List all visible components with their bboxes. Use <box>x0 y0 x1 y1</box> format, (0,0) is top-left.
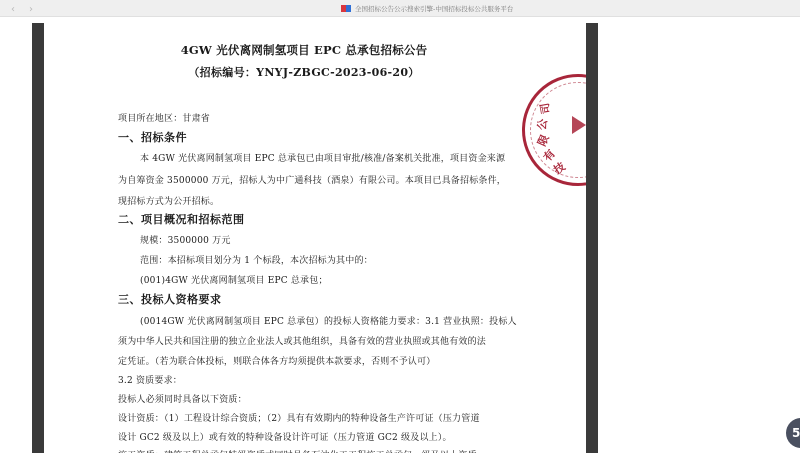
seal-char: 公 <box>535 118 550 131</box>
qualification-subheading: 3.2 资质要求： <box>118 373 182 386</box>
seal-char: 司 <box>538 102 553 115</box>
project-scale: 规模：3500000 万元 <box>140 233 231 246</box>
qualification-intro: 投标人必须同时具备以下资质： <box>118 392 247 405</box>
page-title: 全国招标公告公示搜索引擎-中国招标投标公共服务平台 <box>355 4 513 13</box>
document-viewer[interactable]: 4GW 光伏离网制氢项目 EPC 总承包招标公告 （招标编号：YNYJ-ZBGC… <box>0 18 800 453</box>
section-3-line: 须为中华人民共和国注册的独立企业法人或其他组织，具备有效的营业执照或其他有效的法 <box>118 334 486 347</box>
section-1-line: 为自筹资金 3500000 万元，招标人为中广通科技（酒泉）有限公司。本项目已具… <box>118 173 506 186</box>
forward-button[interactable]: › <box>24 2 38 16</box>
back-button[interactable]: ‹ <box>6 2 20 16</box>
design-qualification-line: 设计 GC2 级及以上）或有效的特种设备设计许可证（压力管道 GC2 级及以上）… <box>118 430 452 443</box>
construction-qualification: 施工资质：建筑工程总承包特级资质或同时具备石油化工工程施工总承包一级及以上资质。 <box>118 448 486 453</box>
section-3-line: 定凭证。（若为联合体投标，则联合体各方均须提供本款要求，否则不予认可） <box>118 354 436 367</box>
chevron-left-icon: ‹ <box>11 4 15 15</box>
page-border-left <box>32 23 44 453</box>
browser-toolbar: ‹ › 全国招标公告公示搜索引擎-中国招标投标公共服务平台 <box>0 0 800 17</box>
company-seal: 司 公 限 有 技 <box>518 68 586 193</box>
project-scope: 范围：本招标项目划分为 1 个标段，本次招标为其中的： <box>140 253 373 266</box>
section-heading-2: 二、项目概况和招标范围 <box>118 211 245 227</box>
document-title: 4GW 光伏离网制氢项目 EPC 总承包招标公告 <box>44 42 564 58</box>
site-favicon-icon <box>341 5 351 12</box>
section-heading-3: 三、投标人资格要求 <box>118 291 222 307</box>
project-region: 项目所在地区：甘肃省 <box>118 111 210 124</box>
section-1-line: 本 4GW 光伏离网制氢项目 EPC 总承包已由项目审批/核准/备案机关批准，项… <box>140 151 505 164</box>
tender-number: （招标编号：YNYJ-ZBGC-2023-06-20） <box>44 64 564 80</box>
design-qualification-line: 设计资质：（1）工程设计综合资质；（2）具有有效期内的特种设备生产许可证（压力管… <box>118 411 480 424</box>
chevron-right-icon: › <box>29 4 33 15</box>
page-border-right <box>586 23 598 453</box>
section-3-line: (0014GW 光伏离网制氢项目 EPC 总承包）的投标人资格能力要求：3.1 … <box>140 314 517 327</box>
seal-star-icon <box>572 116 586 134</box>
section-heading-1: 一、招标条件 <box>118 129 187 145</box>
lot-item: (001)4GW 光伏离网制氢项目 EPC 总承包； <box>140 273 328 286</box>
scanned-document-page: 4GW 光伏离网制氢项目 EPC 总承包招标公告 （招标编号：YNYJ-ZBGC… <box>44 23 586 453</box>
page-title-bar: 全国招标公告公示搜索引擎-中国招标投标公共服务平台 <box>341 2 513 15</box>
fab-label: 5 <box>792 426 800 440</box>
section-1-line: 现招标方式为公开招标。 <box>118 194 219 207</box>
